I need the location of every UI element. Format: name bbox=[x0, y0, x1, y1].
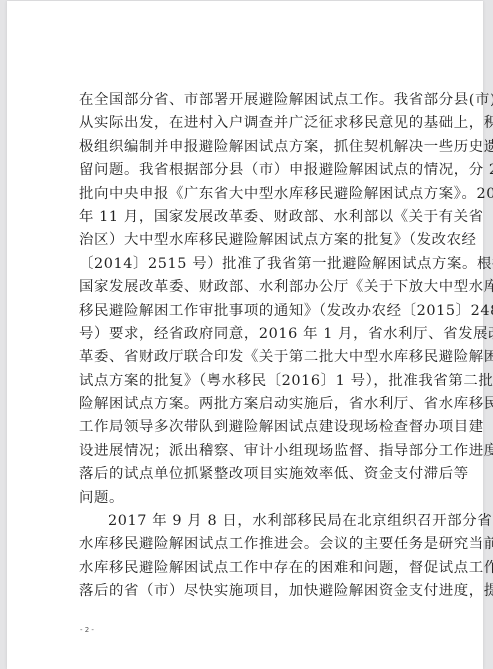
text-line: 号）要求，经省政府同意，2016 年 1 月，省水利厅、省发展改 bbox=[79, 323, 457, 346]
text-line: 落后的试点单位抓紧整改项目实施效率低、资金支付滞后等 bbox=[79, 463, 457, 486]
text-line: 留问题。我省根据部分县（市）申报避险解困试点的情况，分 2 bbox=[79, 159, 457, 182]
text-line: 2017 年 9 月 8 日，水利部移民局在北京组织召开部分省(市) bbox=[79, 510, 457, 533]
page-number: - 2 - bbox=[80, 626, 94, 634]
text-line: 水库移民避险解困试点工作推进会。会议的主要任务是研究当前 bbox=[79, 533, 457, 556]
paragraph-2: 2017 年 9 月 8 日，水利部移民局在北京组织召开部分省(市) 水库移民避… bbox=[79, 510, 457, 604]
text-line: 落后的省（市）尽快实施项目，加快避险解困资金支付进度，提 bbox=[79, 580, 457, 603]
text-line: 工作局领导多次带队到避险解困试点建设现场检查督办项目建 bbox=[79, 416, 457, 439]
text-line: 国家发展改革委、财政部、水利部办公厅《关于下放大中型水库 bbox=[79, 276, 457, 299]
text-line: 水库移民避险解困试点工作中存在的困难和问题，督促试点工作 bbox=[79, 557, 457, 580]
paragraph-1: 在全国部分省、市部署开展避险解困试点工作。我省部分县(市) 从实际出发，在进村入… bbox=[79, 89, 457, 510]
text-line: 治区）大中型水库移民避险解困试点方案的批复》（发改农经 bbox=[79, 229, 457, 252]
text-line: 险解困试点方案。两批方案启动实施后，省水利厅、省水库移民 bbox=[79, 393, 457, 416]
text-line: 批向中央申报《广东省大中型水库移民避险解困试点方案》。2014 bbox=[79, 183, 457, 206]
text-line: 移民避险解困工作审批事项的通知》（发改办农经〔2015〕2480 bbox=[79, 300, 457, 323]
text-line: 在全国部分省、市部署开展避险解困试点工作。我省部分县(市) bbox=[79, 89, 457, 112]
text-line: 试点方案的批复》（粤水移民〔2016〕1 号），批准我省第二批避 bbox=[79, 370, 457, 393]
text-line: 〔2014〕2515 号）批准了我省第一批避险解困试点方案。根据 bbox=[79, 253, 457, 276]
text-line: 年 11 月，国家发展改革委、财政部、水利部以《关于有关省（自 bbox=[79, 206, 457, 229]
text-line: 革委、省财政厅联合印发《关于第二批大中型水库移民避险解困 bbox=[79, 346, 457, 369]
text-line: 设进展情况；派出稽察、审计小组现场监督、指导部分工作进度 bbox=[79, 440, 457, 463]
text-line: 极组织编制并申报避险解困试点方案，抓住契机解决一些历史遗 bbox=[79, 136, 457, 159]
document-body: 在全国部分省、市部署开展避险解困试点工作。我省部分县(市) 从实际出发，在进村入… bbox=[79, 89, 457, 604]
document-page: 在全国部分省、市部署开展避险解困试点工作。我省部分县(市) 从实际出发，在进村入… bbox=[7, 1, 483, 669]
text-line: 从实际出发，在进村入户调查并广泛征求移民意见的基础上，积 bbox=[79, 112, 457, 135]
text-line: 问题。 bbox=[79, 487, 457, 510]
